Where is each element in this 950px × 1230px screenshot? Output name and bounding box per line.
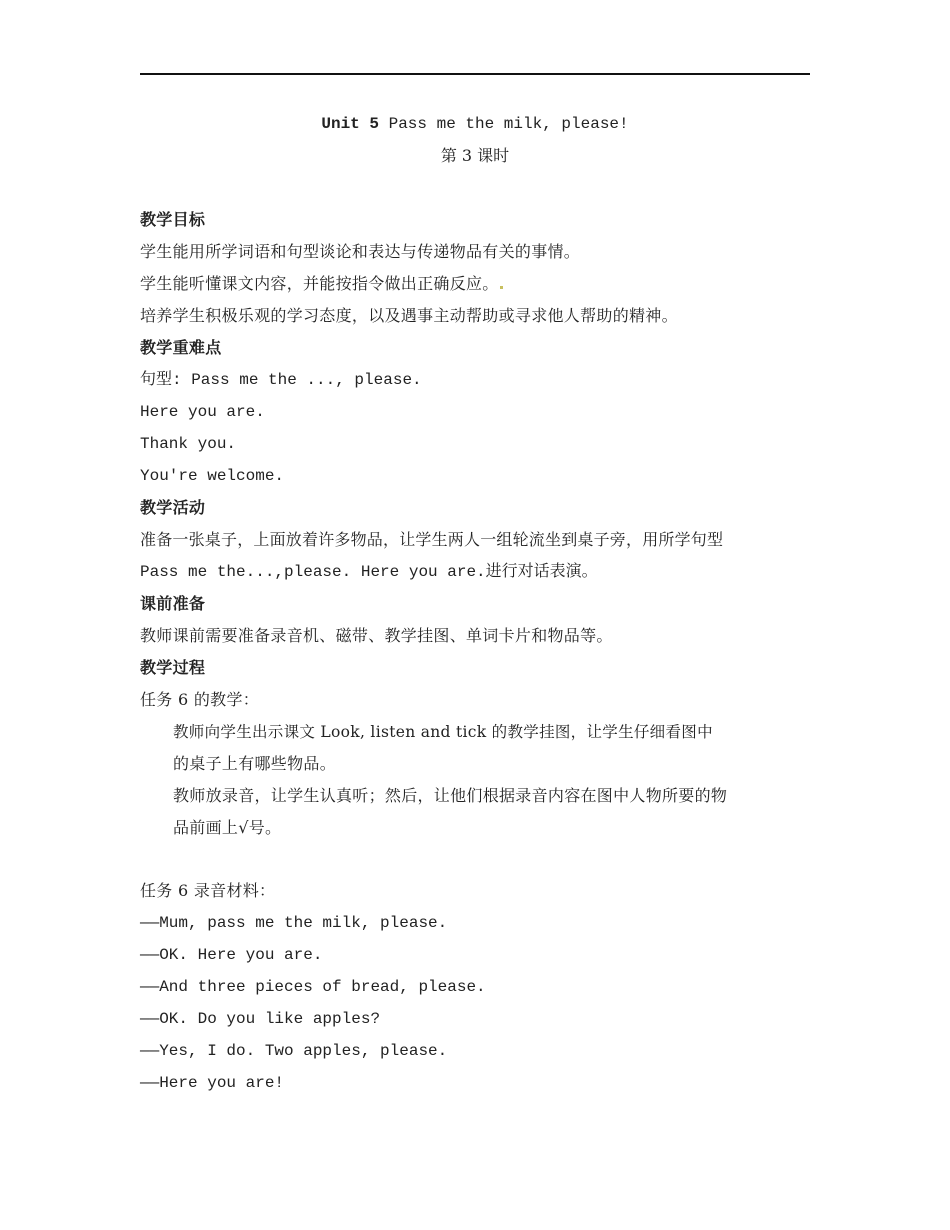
key-point-line: Thank you. <box>140 434 236 454</box>
lesson-subtitle: 第 3 课时 <box>0 146 950 166</box>
dialogue-line: ——Here you are! <box>140 1073 284 1093</box>
top-rule <box>140 73 810 75</box>
key-point-line: You're welcome. <box>140 466 284 486</box>
key-point-line: Here you are. <box>140 402 265 422</box>
process-step: 的桌子上有哪些物品。 <box>173 754 336 774</box>
heading-preparation: 课前准备 <box>140 594 205 614</box>
title-text: Pass me the milk, please! <box>379 115 629 133</box>
dialogue-line: ——Yes, I do. Two apples, please. <box>140 1041 447 1061</box>
heading-process: 教学过程 <box>140 658 205 678</box>
dialogue-line: ——OK. Do you like apples? <box>140 1009 380 1029</box>
objective-line: 学生能用所学词语和句型谈论和表达与传递物品有关的事情。 <box>140 242 580 262</box>
objective-line: 学生能听懂课文内容，并能按指令做出正确反应。 <box>140 274 504 294</box>
activity-line: Pass me the...,please. Here you are.进行对话… <box>140 562 598 582</box>
key-point-line: 句型: Pass me the ..., please. <box>140 370 422 390</box>
dialogue-line: ——Mum, pass me the milk, please. <box>140 913 447 933</box>
dialogue-line: ——OK. Here you are. <box>140 945 322 965</box>
heading-key-points: 教学重难点 <box>140 338 222 358</box>
task-label: 任务 6 的教学： <box>140 690 259 710</box>
artifact-dot <box>500 286 503 289</box>
title-unit: Unit 5 <box>321 115 379 133</box>
heading-activities: 教学活动 <box>140 498 205 518</box>
process-step: 教师向学生出示课文 Look, listen and tick 的教学挂图，让学… <box>173 722 713 742</box>
process-step: 品前画上√号。 <box>173 818 281 838</box>
recording-heading: 任务 6 录音材料： <box>140 881 275 901</box>
dialogue-line: ——And three pieces of bread, please. <box>140 977 486 997</box>
process-step: 教师放录音，让学生认真听；然后，让他们根据录音内容在图中人物所要的物 <box>173 786 727 806</box>
objective-line: 培养学生积极乐观的学习态度，以及遇事主动帮助或寻求他人帮助的精神。 <box>140 306 678 326</box>
document-title: Unit 5 Pass me the milk, please! <box>0 114 950 134</box>
activity-line: 准备一张桌子，上面放着许多物品，让学生两人一组轮流坐到桌子旁，用所学句型 <box>140 530 723 550</box>
preparation-line: 教师课前需要准备录音机、磁带、教学挂图、单词卡片和物品等。 <box>140 626 613 646</box>
heading-objectives: 教学目标 <box>140 210 205 230</box>
